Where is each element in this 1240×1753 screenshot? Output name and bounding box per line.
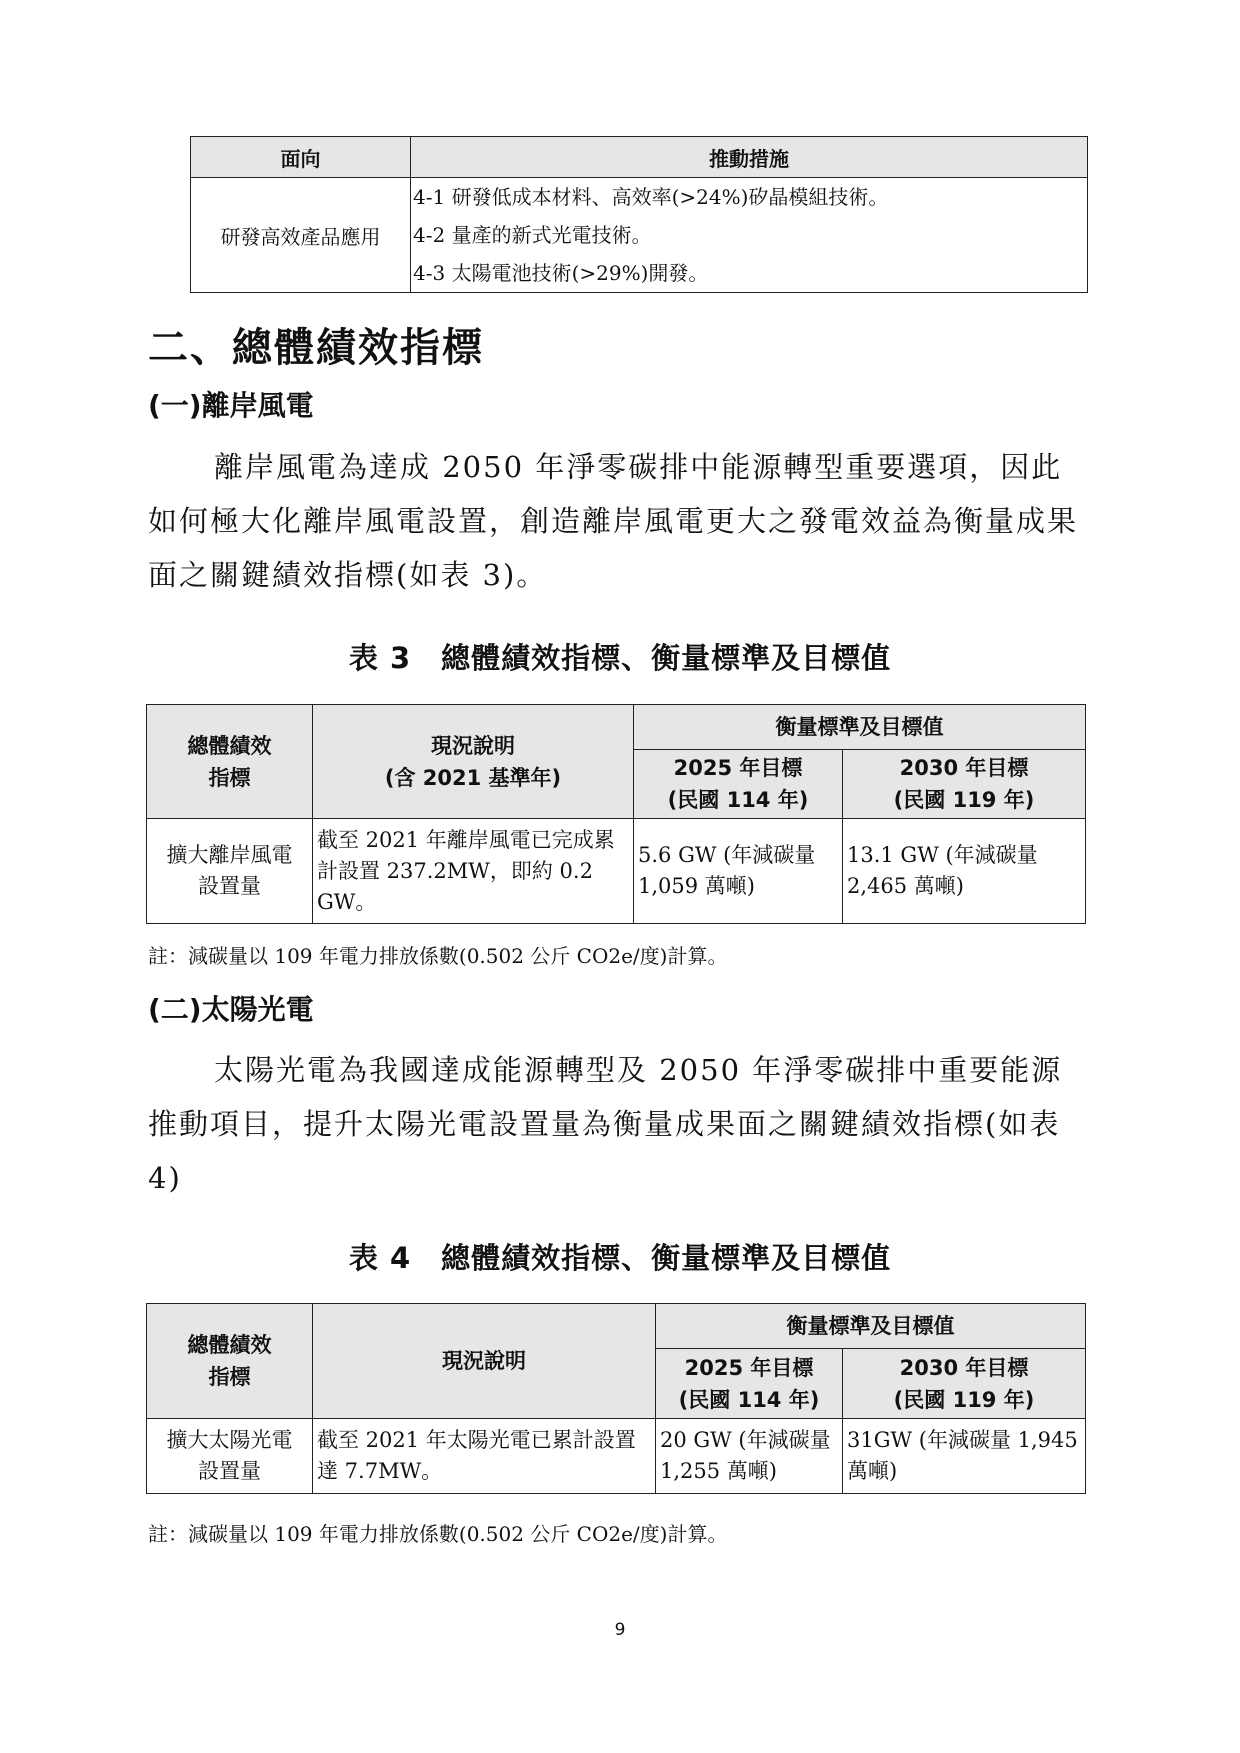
status-cell: 截至 2021 年太陽光電已累計設置達 7.7MW。 <box>313 1419 656 1494</box>
table3-caption: 表 3 總體績效指標、衡量標準及目標值 <box>0 636 1240 677</box>
table-row: 擴大離岸風電 設置量 截至 2021 年離岸風電已完成累計設置 237.2MW，… <box>147 819 1086 924</box>
measure-item: 4-3 太陽電池技術(>29%)開發。 <box>413 254 1085 292</box>
header-targets-group: 衡量標準及目標值 <box>656 1304 1086 1349</box>
aspect-cell: 研發高效產品應用 <box>191 178 411 293</box>
target-2030-cell: 13.1 GW (年減碳量 2,465 萬噸) <box>843 819 1086 924</box>
header-2025: 2025 年目標 (民國 114 年) <box>656 1349 843 1419</box>
table3: 總體績效 指標 現況說明 (含 2021 基準年) 衡量標準及目標值 2025 … <box>146 704 1086 924</box>
measure-item: 4-1 研發低成本材料、高效率(>24%)矽晶模組技術。 <box>413 178 1085 216</box>
page-number: 9 <box>0 1620 1240 1640</box>
header-targets-group: 衡量標準及目標值 <box>634 705 1086 750</box>
table4: 總體績效 指標 現況說明 衡量標準及目標值 2025 年目標 (民國 114 年… <box>146 1303 1086 1494</box>
solar-paragraph: 太陽光電為我國達成能源轉型及 2050 年淨零碳排中重要能源推動項目，提升太陽光… <box>148 1043 1088 1205</box>
measures-table: 面向 推動措施 研發高效產品應用 4-1 研發低成本材料、高效率(>24%)矽晶… <box>190 136 1088 293</box>
table4-caption: 表 4 總體績效指標、衡量標準及目標值 <box>0 1236 1240 1277</box>
target-2025-cell: 20 GW (年減碳量 1,255 萬噸) <box>656 1419 843 1494</box>
section-title: 二、總體績效指標 <box>148 316 484 373</box>
header-2030: 2030 年目標 (民國 119 年) <box>843 1349 1086 1419</box>
offshore-wind-heading: (一)離岸風電 <box>148 384 314 424</box>
kpi-cell: 擴大離岸風電 設置量 <box>147 819 313 924</box>
header-kpi: 總體績效 指標 <box>147 1304 313 1419</box>
header-kpi: 總體績效 指標 <box>147 705 313 819</box>
kpi-cell: 擴大太陽光電 設置量 <box>147 1419 313 1494</box>
header-measures: 推動措施 <box>411 137 1088 178</box>
header-2025: 2025 年目標 (民國 114 年) <box>634 750 843 819</box>
offshore-wind-paragraph: 離岸風電為達成 2050 年淨零碳排中能源轉型重要選項，因此如何極大化離岸風電設… <box>148 440 1088 602</box>
header-status: 現況說明 <box>313 1304 656 1419</box>
table-row: 擴大太陽光電 設置量 截至 2021 年太陽光電已累計設置達 7.7MW。 20… <box>147 1419 1086 1494</box>
header-status: 現況說明 (含 2021 基準年) <box>313 705 634 819</box>
solar-heading: (二)太陽光電 <box>148 988 314 1028</box>
header-aspect: 面向 <box>191 137 411 178</box>
target-2030-cell: 31GW (年減碳量 1,945 萬噸) <box>843 1419 1086 1494</box>
measure-item: 4-2 量產的新式光電技術。 <box>413 216 1085 254</box>
table4-note: 註：減碳量以 109 年電力排放係數(0.502 公斤 CO2e/度)計算。 <box>148 1518 727 1547</box>
table3-note: 註：減碳量以 109 年電力排放係數(0.502 公斤 CO2e/度)計算。 <box>148 940 727 969</box>
status-cell: 截至 2021 年離岸風電已完成累計設置 237.2MW，即約 0.2 GW。 <box>313 819 634 924</box>
measures-cell: 4-1 研發低成本材料、高效率(>24%)矽晶模組技術。 4-2 量產的新式光電… <box>411 178 1088 293</box>
target-2025-cell: 5.6 GW (年減碳量 1,059 萬噸) <box>634 819 843 924</box>
header-2030: 2030 年目標 (民國 119 年) <box>843 750 1086 819</box>
